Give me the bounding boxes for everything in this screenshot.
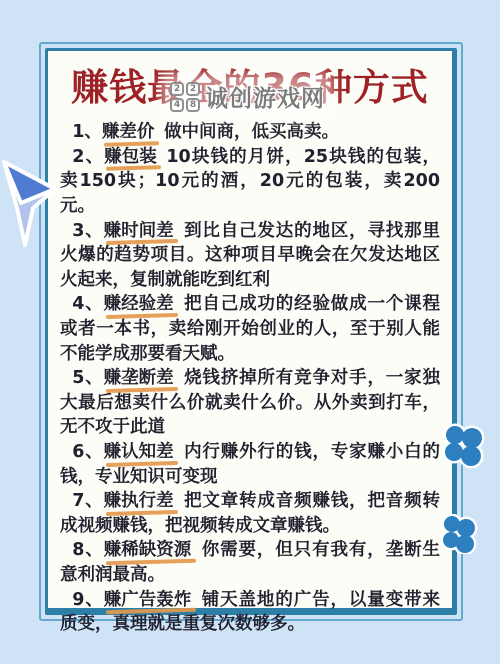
item-keyword: 赚差价 [102,120,155,145]
item-number: 7、 [72,491,103,511]
flower-icon [441,423,487,469]
item-number: 4、 [72,294,103,314]
poster-content-area: 赚钱最全的36种方式 2 2 4 8 诚创游戏网 1、赚差价做中间商，低买高卖。… [45,48,457,615]
item-number: 1、 [72,122,102,142]
item-keyword: 赚稀缺资源 [104,538,192,563]
item-keyword: 赚垄断差 [104,366,174,391]
list-item: 1、赚差价做中间商，低买高卖。 [60,120,440,145]
list-item: 2、赚包装10块钱的月饼，25块钱的包装，卖150块；10元的酒，20元的包装，… [60,145,440,219]
watermark: 2 2 4 8 诚创游戏网 [166,78,329,115]
list-item: 5、赚垄断差烧钱挤掉所有竞争对手，一家独大最后想卖什么价就卖什么价。从外卖到打车… [60,366,440,440]
item-keyword: 赚经验差 [104,292,174,317]
item-number: 9、 [72,590,103,610]
item-number: 2、 [72,147,104,167]
list-item: 8、赚稀缺资源你需要，但只有我有，垄断生意利润最高。 [60,538,440,587]
logo-2048-icon: 2 2 4 8 [170,82,200,112]
list-item: 6、赚认知差内行赚外行的钱，专家赚小白的钱，专业知识可变现 [60,440,440,489]
item-keyword: 赚时间差 [104,219,174,244]
list-item: 3、赚时间差到比自己发达的地区，寻找那里火爆的趋势项目。这种项目早晚会在欠发达地… [60,219,440,293]
item-number: 8、 [72,540,103,560]
item-keyword: 赚认知差 [104,440,174,465]
item-desc: 做中间商，低买高卖。 [164,122,339,142]
logo-tile: 4 [170,98,184,112]
item-keyword: 赚广告轰炸 [104,588,192,613]
item-number: 6、 [72,442,103,462]
logo-tile: 2 [170,82,184,96]
paper-plane-icon [0,150,60,250]
logo-tile: 8 [186,98,200,112]
item-keyword: 赚执行差 [104,489,174,514]
watermark-site-name: 诚创游戏网 [205,80,325,113]
logo-tile: 2 [186,82,200,96]
flower-icon [440,514,478,554]
item-number: 3、 [72,221,103,241]
poster-frame: 赚钱最全的36种方式 2 2 4 8 诚创游戏网 1、赚差价做中间商，低买高卖。… [39,42,463,621]
list-item: 7、赚执行差把文章转成音频赚钱，把音频转成视频赚钱，把视频转成文章赚钱。 [60,489,440,538]
money-ways-list: 1、赚差价做中间商，低买高卖。 2、赚包装10块钱的月饼，25块钱的包装，卖15… [54,120,446,636]
item-keyword: 赚包装 [104,145,157,170]
item-number: 5、 [72,368,103,388]
poster-page: { "poster": { "title": "赚钱最全的36种方式", "wa… [0,0,500,664]
list-item: 4、赚经验差把自己成功的经验做成一个课程或者一本书，卖给刚开始创业的人，至于别人… [60,292,440,366]
list-item: 9、赚广告轰炸铺天盖地的广告，以量变带来质变，真理就是重复次数够多。 [60,588,440,637]
